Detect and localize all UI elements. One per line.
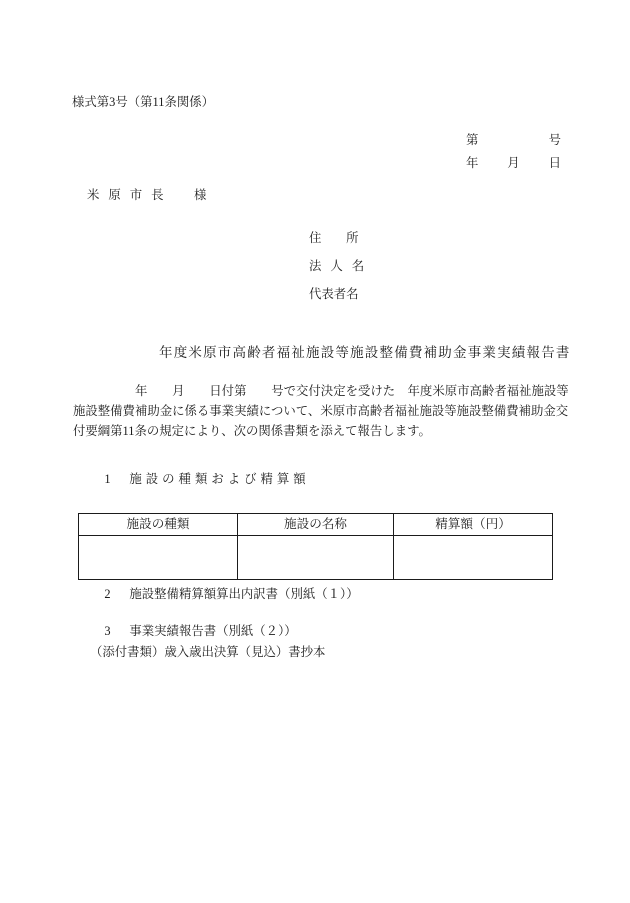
doc-no-prefix: 第 [466, 133, 478, 149]
applicant-corporation-label: 法人名 [309, 259, 373, 275]
table-header-row: 施設の種類 施設の名称 精算額（円） [79, 514, 553, 536]
date-day-label: 日 [549, 156, 561, 172]
attachment-note: （添付書類）歳入歳出決算（見込）書抄本 [90, 645, 325, 661]
list-item-2-label: 施設整備精算額算出内訳書（別紙（１）） [129, 587, 358, 601]
form-number: 様式第3号（第11条関係） [72, 95, 214, 111]
list-item-3-number: 3 [104, 624, 129, 640]
document-title: 年度米原市高齢者福祉施設等施設整備費補助金事業実績報告書 [159, 345, 571, 362]
body-paragraph-line3: 付要綱第11条の規定により、次の関係書類を添えて報告します。 [73, 424, 431, 440]
list-item-2-number: 2 [104, 587, 129, 603]
applicant-representative-label: 代表者名 [309, 287, 359, 303]
document-number-line: 第 号 [466, 133, 561, 149]
doc-no-suffix: 号 [549, 133, 561, 149]
body-paragraph-line1: 年 月 日付第 号で交付決定を受けた 年度米原市高齢者福祉施設等 [73, 384, 569, 400]
date-line: 年 月 日 [466, 156, 561, 172]
list-item-3-label: 事業実績報告書（別紙（２）） [129, 624, 296, 638]
addressee: 米原市長 様 [87, 188, 215, 204]
table-header-settlement-amount: 精算額（円） [394, 514, 553, 536]
applicant-address-label: 住 所 [309, 231, 359, 247]
date-month-label: 月 [507, 156, 519, 172]
body-paragraph-line2: 施設整備費補助金に係る事業実績について、米原市高齢者福祉施設等施設整備費補助金交 [73, 404, 568, 420]
document-page: 様式第3号（第11条関係） 第 号 年 月 日 米原市長 様 住 所 法人名 代… [0, 0, 630, 903]
table-header-facility-name: 施設の名称 [238, 514, 394, 536]
table-header-facility-type: 施設の種類 [79, 514, 238, 536]
date-year-label: 年 [466, 156, 478, 172]
table-cell-settlement-amount [394, 536, 553, 580]
